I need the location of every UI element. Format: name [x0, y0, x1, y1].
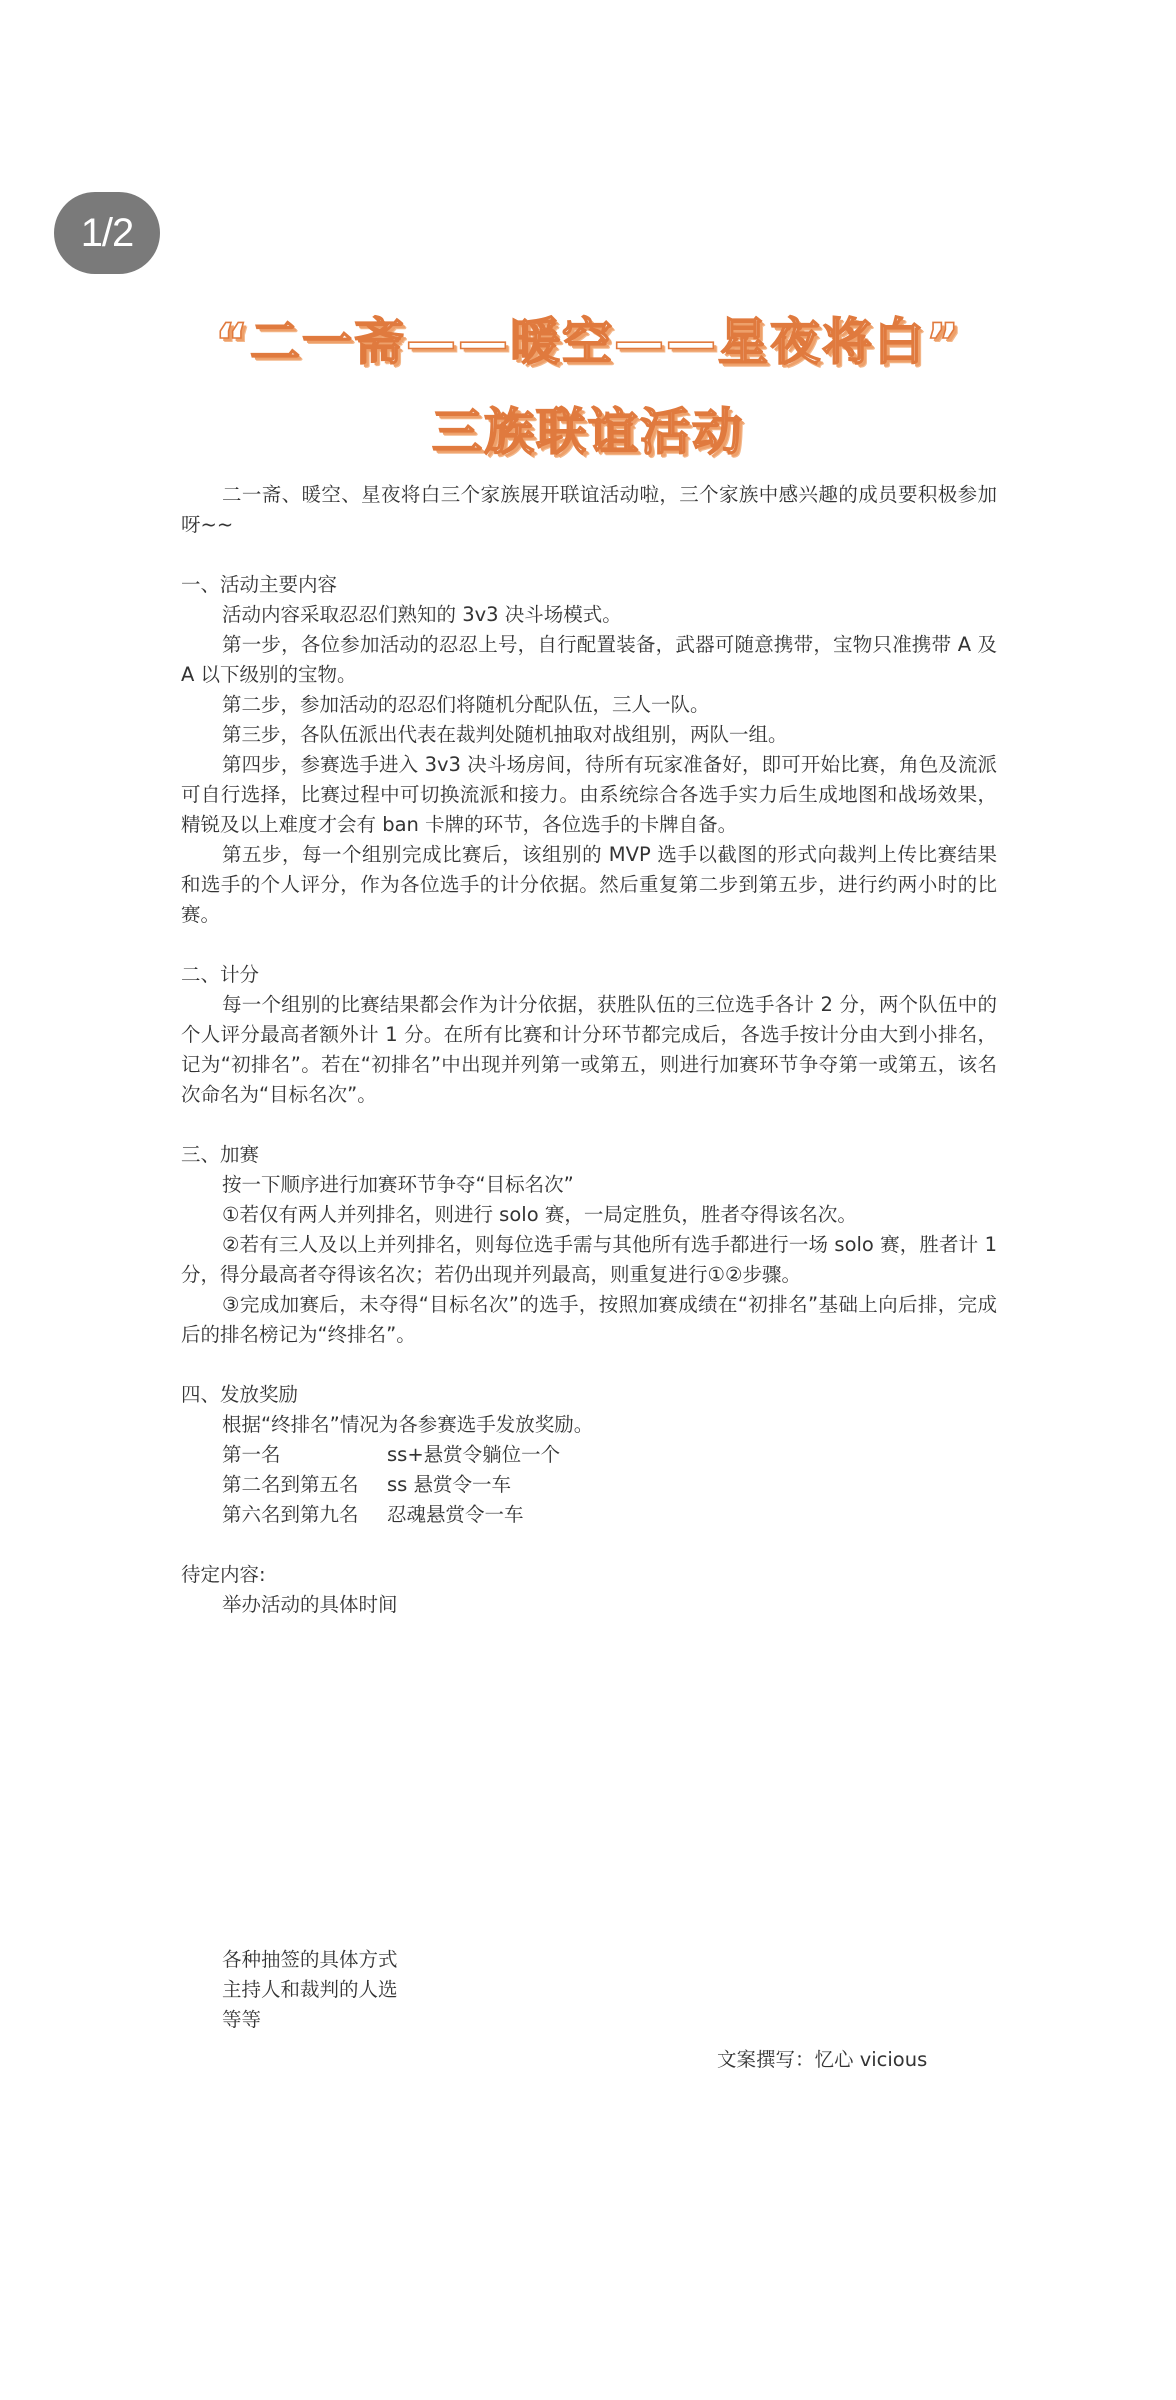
pending-item: 主持人和裁判的人选	[222, 1975, 398, 2005]
spacer	[181, 540, 997, 570]
page-indicator-badge: 1/2	[54, 192, 160, 274]
paragraph: 第二步，参加活动的忍忍们将随机分配队伍，三人一队。	[181, 690, 997, 720]
paragraph: ①若仅有两人并列排名，则进行 solo 赛，一局定胜负，胜者夺得该名次。	[181, 1200, 997, 1230]
paragraph: 按一下顺序进行加赛环节争夺“目标名次”	[181, 1170, 997, 1200]
paragraph: 第四步，参赛选手进入 3v3 决斗场房间，待所有玩家准备好，即可开始比赛，角色及…	[181, 750, 997, 840]
author-signature: 文案撰写：忆心 vicious	[717, 2045, 927, 2075]
spacer	[181, 1530, 997, 1560]
prize-row: 第二名到第五名 ss 悬赏令一车	[181, 1470, 997, 1500]
section-heading: 二、计分	[181, 960, 997, 990]
document-title-line-2: 三族联谊活动	[0, 402, 1176, 462]
prize-reward: ss 悬赏令一车	[387, 1470, 511, 1500]
spacer	[181, 930, 997, 960]
paragraph: ③完成加赛后，未夺得“目标名次”的选手，按照加赛成绩在“初排名”基础上向后排，完…	[181, 1290, 997, 1350]
document-body: 二一斋、暖空、星夜将白三个家族展开联谊活动啦，三个家族中感兴趣的成员要积极参加呀…	[181, 480, 997, 1620]
prize-row: 第六名到第九名 忍魂悬赏令一车	[181, 1500, 997, 1530]
pending-item: 等等	[222, 2005, 398, 2035]
pending-item: 举办活动的具体时间	[181, 1590, 997, 1620]
prize-row: 第一名 ss+悬赏令躺位一个	[181, 1440, 997, 1470]
spacer	[181, 1110, 997, 1140]
paragraph: 第三步，各队伍派出代表在裁判处随机抽取对战组别，两队一组。	[181, 720, 997, 750]
prize-reward: 忍魂悬赏令一车	[387, 1500, 524, 1530]
paragraph: 根据“终排名”情况为各参赛选手发放奖励。	[181, 1410, 997, 1440]
section-heading: 三、加赛	[181, 1140, 997, 1170]
spacer	[181, 1350, 997, 1380]
prize-rank: 第二名到第五名	[222, 1470, 387, 1500]
prize-reward: ss+悬赏令躺位一个	[387, 1440, 560, 1470]
paragraph: 每一个组别的比赛结果都会作为计分依据，获胜队伍的三位选手各计 2 分，两个队伍中…	[181, 990, 997, 1110]
section-heading: 一、活动主要内容	[181, 570, 997, 600]
paragraph: ②若有三人及以上并列排名，则每位选手需与其他所有选手都进行一场 solo 赛，胜…	[181, 1230, 997, 1290]
prize-rank: 第一名	[222, 1440, 387, 1470]
paragraph: 第五步，每一个组别完成比赛后，该组别的 MVP 选手以截图的形式向裁判上传比赛结…	[181, 840, 997, 930]
paragraph: 第一步，各位参加活动的忍忍上号，自行配置装备，武器可随意携带，宝物只准携带 A …	[181, 630, 997, 690]
section-heading: 四、发放奖励	[181, 1380, 997, 1410]
intro-paragraph: 二一斋、暖空、星夜将白三个家族展开联谊活动啦，三个家族中感兴趣的成员要积极参加呀…	[181, 480, 997, 540]
document-title-line-1: “二一斋——暖空——星夜将白”	[0, 312, 1176, 372]
prize-rank: 第六名到第九名	[222, 1500, 387, 1530]
pending-list-continued: 各种抽签的具体方式 主持人和裁判的人选 等等	[222, 1945, 398, 2035]
pending-item: 各种抽签的具体方式	[222, 1945, 398, 1975]
pending-heading: 待定内容:	[181, 1560, 997, 1590]
paragraph: 活动内容采取忍忍们熟知的 3v3 决斗场模式。	[181, 600, 997, 630]
